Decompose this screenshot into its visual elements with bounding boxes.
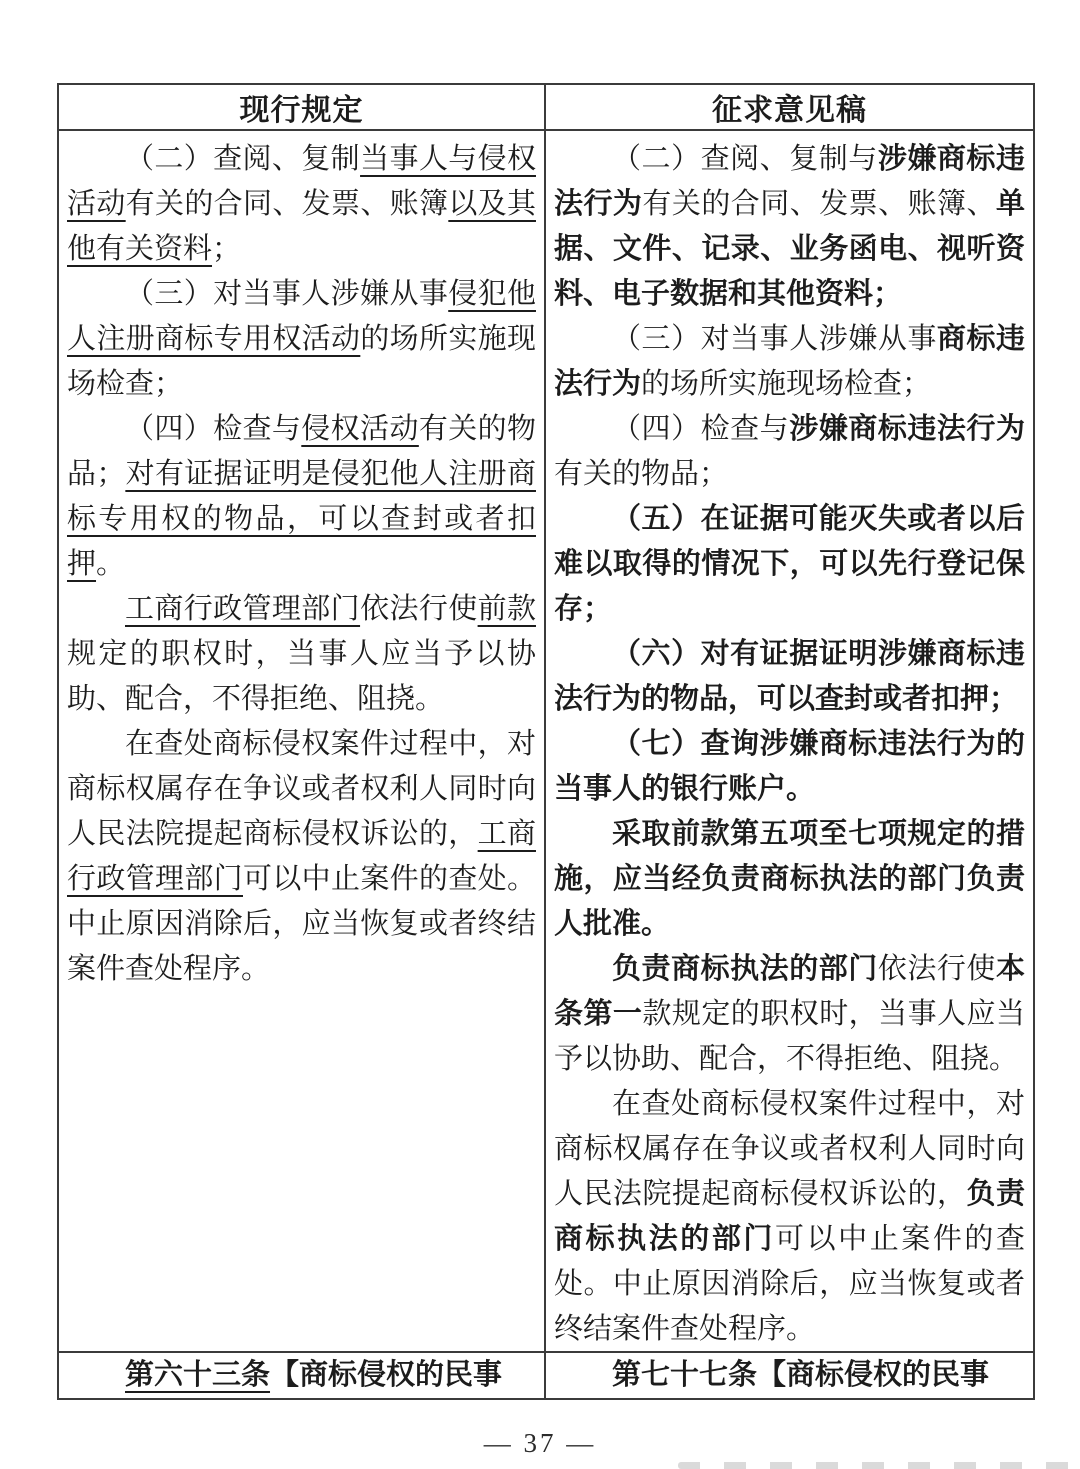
paragraph: （二）查阅、复制与涉嫌商标违法行为有关的合同、发票、账簿、单据、文件、记录、业务… xyxy=(554,137,1025,317)
document-page: { "colors": { "ink": "#1c1c1c", "border"… xyxy=(0,0,1080,1469)
header-draft-for-comments: 征求意见稿 xyxy=(546,85,1033,131)
bold-text-run: （七）查询涉嫌商标违法行为的当事人的银行账户。 xyxy=(554,728,1025,805)
text-run: 有关的合同、发票、账簿、 xyxy=(642,188,996,220)
paragraph: （二）查阅、复制当事人与侵权活动有关的合同、发票、账簿以及其他有关资料； xyxy=(67,137,536,272)
text-run: 依法行使 xyxy=(360,593,478,625)
text-run: 在查处商标侵权案件过程中，对商标权属存在争议或者权利人同时向人民法院提起商标侵权… xyxy=(554,1088,1025,1210)
paragraph: （七）查询涉嫌商标违法行为的当事人的银行账户。 xyxy=(554,722,1025,812)
text-run: （四）检查与 xyxy=(612,413,789,445)
text-run: （二）查阅、复制与 xyxy=(612,143,878,175)
text-run: （三）对当事人涉嫌从事 xyxy=(125,278,448,310)
bold-text-run: 涉嫌商标违法行为 xyxy=(789,413,1025,445)
text-run: 有关的合同、发票、账簿 xyxy=(126,188,449,220)
text-run: 规定的职权时，当事人应当予以协助、配合，不得拒绝、阻挠。 xyxy=(67,638,536,715)
paragraph: 负责商标执法的部门依法行使本条第一款规定的职权时，当事人应当予以协助、配合，不得… xyxy=(554,947,1025,1082)
text-run: 依法行使 xyxy=(878,953,996,985)
draft-for-comments-cell: （二）查阅、复制与涉嫌商标违法行为有关的合同、发票、账簿、单据、文件、记录、业务… xyxy=(546,131,1033,1353)
header-current-regulations: 现行规定 xyxy=(59,85,546,131)
comparison-table: 现行规定 征求意见稿 （二）查阅、复制当事人与侵权活动有关的合同、发票、账簿以及… xyxy=(57,83,1035,1400)
text-run: 在查处商标侵权案件过程中，对商标权属存在争议或者权利人同时向人民法院提起商标侵权… xyxy=(67,728,536,850)
text-run: 【商标侵权的民事 xyxy=(270,1359,502,1391)
underlined-text-run: 工商行政管理部门 xyxy=(125,593,360,625)
paragraph: 在查处商标侵权案件过程中，对商标权属存在争议或者权利人同时向人民法院提起商标侵权… xyxy=(554,1082,1025,1352)
bold-text-run: 采取前款第五项至七项规定的措施，应当经负责商标执法的部门负责人批准。 xyxy=(554,818,1025,940)
bold-text-run: （五）在证据可能灭失或者以后难以取得的情况下，可以先行登记保存； xyxy=(554,503,1025,625)
bold-text-run: 负责商标执法的部门 xyxy=(612,953,878,985)
paragraph: 第六十三条【商标侵权的民事 xyxy=(67,1354,536,1397)
paragraph: 第七十七条【商标侵权的民事 xyxy=(554,1354,1025,1397)
bold-text-run: （六）对有证据证明涉嫌商标违法行为的物品，可以查封或者扣押； xyxy=(554,638,1025,715)
text-run: 。 xyxy=(96,548,125,580)
underlined-text-run: 第六十三条 xyxy=(125,1359,270,1391)
text-run: 有关的物品； xyxy=(554,458,728,490)
draft-article-heading: 第七十七条【商标侵权的民事 xyxy=(546,1353,1033,1398)
text-run: 的场所实施现场检查； xyxy=(641,368,931,400)
paragraph: （五）在证据可能灭失或者以后难以取得的情况下，可以先行登记保存； xyxy=(554,497,1025,632)
underlined-text-run: 前款 xyxy=(478,593,536,625)
text-run: （三）对当事人涉嫌从事 xyxy=(612,323,937,355)
page-number: — 37 — xyxy=(0,1428,1080,1459)
text-run: （二）查阅、复制 xyxy=(125,143,360,175)
underlined-text-run: 对有证据证明是侵犯他人注册商标专用权的物品，可以查封或者扣押 xyxy=(67,458,536,580)
text-run: 第七十七条【商标侵权的民事 xyxy=(612,1359,989,1391)
underlined-text-run: 侵权活动 xyxy=(301,413,419,445)
watermark xyxy=(678,1462,1080,1469)
paragraph: （六）对有证据证明涉嫌商标违法行为的物品，可以查封或者扣押； xyxy=(554,632,1025,722)
current-regulations-article-heading: 第六十三条【商标侵权的民事 xyxy=(59,1353,546,1398)
current-regulations-cell: （二）查阅、复制当事人与侵权活动有关的合同、发票、账簿以及其他有关资料；（三）对… xyxy=(59,131,546,1353)
paragraph: 在查处商标侵权案件过程中，对商标权属存在争议或者权利人同时向人民法院提起商标侵权… xyxy=(67,722,536,992)
paragraph: （三）对当事人涉嫌从事侵犯他人注册商标专用权活动的场所实施现场检查； xyxy=(67,272,536,407)
paragraph: 采取前款第五项至七项规定的措施，应当经负责商标执法的部门负责人批准。 xyxy=(554,812,1025,947)
text-run: ； xyxy=(212,233,241,265)
paragraph: 工商行政管理部门依法行使前款规定的职权时，当事人应当予以协助、配合，不得拒绝、阻… xyxy=(67,587,536,722)
text-run: （四）检查与 xyxy=(125,413,301,445)
paragraph: （四）检查与侵权活动有关的物品；对有证据证明是侵犯他人注册商标专用权的物品，可以… xyxy=(67,407,536,587)
paragraph: （三）对当事人涉嫌从事商标违法行为的场所实施现场检查； xyxy=(554,317,1025,407)
paragraph: （四）检查与涉嫌商标违法行为有关的物品； xyxy=(554,407,1025,497)
